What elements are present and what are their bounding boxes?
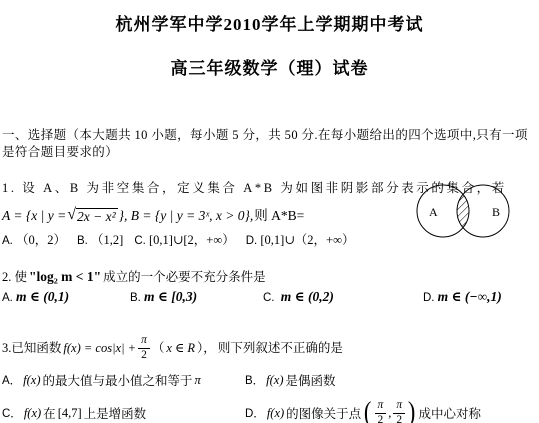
exam-title-line1: 杭州学军中学2010学年上学期期中考试 bbox=[2, 10, 537, 35]
q3-option-b-text: 是偶函数 bbox=[286, 371, 336, 389]
radical-sign: √ bbox=[67, 208, 76, 222]
q1-option-c-text: [0,1]∪[2，+∞） bbox=[149, 233, 235, 247]
q2-stem-pre: 2. 使 bbox=[2, 269, 27, 286]
q3-option-b-label: B． bbox=[245, 372, 264, 388]
q3-option-c-post: 上是增函数 bbox=[84, 404, 147, 422]
q2-option-c-math: m ∈ (0,2) bbox=[281, 289, 334, 304]
q3-domain-close: ）， bbox=[197, 340, 216, 357]
q1-formula-mid: }, B = {y | y = 3ˣ, x > 0}, bbox=[119, 208, 254, 224]
q1-formula-tail: 则 A*B= bbox=[254, 204, 304, 224]
q3-option-c: C． f(x) 在 [4,7] 上是增函数 bbox=[2, 404, 245, 422]
venn-label-b: B bbox=[492, 205, 500, 219]
question-2: 2. 使 "log₂ m < 1" 成立的一个必要不充分条件是 A. m ∈ (… bbox=[2, 269, 537, 306]
q1-option-a-label: A. bbox=[2, 235, 13, 247]
q1-formula-pre: A = {x | y = bbox=[2, 208, 66, 224]
q1-option-a-text: （0，2） bbox=[16, 233, 66, 247]
right-paren: ) bbox=[408, 399, 415, 423]
question-3: 3.已知函数 f(x) = cos|x| + π2 （ x ∈ R ）， 则下列… bbox=[2, 329, 537, 423]
q3-option-d: D． f(x) 的图像关于点 ( π2 , π2 ) 成中心对称 bbox=[245, 399, 481, 423]
q3-stem-pre: 3.已知函数 bbox=[2, 340, 61, 357]
q2-option-d: D. m ∈ (−∞,1) bbox=[423, 289, 502, 305]
exam-title-line2: 高三年级数学（理）试卷 bbox=[2, 54, 537, 79]
venn-label-a: A bbox=[429, 205, 438, 219]
question-1: 1. 设 A、B 为非空集合，定义集合 A*B 为如图非阴影部分表示的集合，若 … bbox=[2, 180, 537, 248]
q3-option-d-pre: 的图像关于点 bbox=[286, 404, 361, 422]
venn-diagram: A B bbox=[407, 182, 519, 242]
fraction-denominator: 2 bbox=[394, 414, 404, 423]
q3-options-row-ab: A． f(x) 的最大值与最小值之和等于 π B． f(x) 是偶函数 bbox=[2, 371, 537, 389]
q2-option-b: B. m ∈ [0,3) bbox=[130, 289, 263, 305]
q2-stem: 2. 使 "log₂ m < 1" 成立的一个必要不充分条件是 bbox=[2, 269, 537, 286]
fraction-numerator: π bbox=[138, 334, 150, 349]
q2-option-c-label: C. bbox=[263, 292, 275, 304]
q1-option-b-label: B. bbox=[77, 235, 88, 247]
q3-stem-fraction: π2 bbox=[138, 334, 150, 363]
q2-option-a-label: A. bbox=[2, 292, 13, 304]
q2-option-c: C. m ∈ (0,2) bbox=[263, 289, 423, 305]
sqrt-expression: √2x − x² bbox=[67, 208, 117, 224]
q3-option-d-fraction-2: π2 bbox=[393, 399, 405, 423]
q3-stem-math: f(x) = cos|x| + bbox=[63, 340, 136, 357]
q2-option-d-label: D. bbox=[423, 292, 435, 304]
q1-option-c: C. [0,1]∪[2，+∞） bbox=[134, 230, 234, 248]
q2-option-b-math: m ∈ [0,3) bbox=[144, 289, 197, 304]
q3-option-b: B． f(x) 是偶函数 bbox=[245, 371, 336, 389]
q1-option-d-text: [0,1]∪（2，+∞） bbox=[260, 233, 354, 247]
radicand: 2x − x² bbox=[76, 208, 118, 224]
q3-stem: 3.已知函数 f(x) = cos|x| + π2 （ x ∈ R ）， 则下列… bbox=[2, 329, 537, 367]
q2-stem-post: 成立的一个必要不充分条件是 bbox=[103, 269, 266, 286]
fraction-numerator: π bbox=[393, 399, 405, 414]
left-paren: ( bbox=[364, 399, 371, 423]
q2-option-b-label: B. bbox=[130, 292, 141, 304]
q3-option-c-fx: f(x) bbox=[24, 406, 41, 421]
q3-option-a-fx: f(x) bbox=[23, 373, 40, 388]
q1-option-b-text: （1,2] bbox=[91, 233, 123, 247]
q3-stem-post: 则下列叙述不正确的是 bbox=[218, 340, 343, 357]
q3-option-d-label: D． bbox=[245, 405, 265, 421]
section-one-heading: 一、选择题（本大题共 10 小题，每小题 5 分，共 50 分.在每小题给出的四… bbox=[2, 127, 537, 160]
q3-domain-open: （ bbox=[152, 340, 165, 357]
q3-option-a-text: 的最大值与最小值之和等于 bbox=[43, 371, 193, 389]
q2-stem-math: "log₂ m < 1" bbox=[29, 269, 101, 286]
q2-option-a: A. m ∈ (0,1) bbox=[2, 289, 130, 305]
q1-option-c-label: C. bbox=[134, 235, 146, 247]
q1-option-d: D. [0,1]∪（2，+∞） bbox=[246, 230, 355, 248]
q3-option-d-post: 成中心对称 bbox=[419, 404, 482, 422]
q3-option-a-pi: π bbox=[195, 373, 201, 388]
q2-option-d-math: m ∈ (−∞,1) bbox=[438, 289, 502, 304]
q1-option-b: B. （1,2] bbox=[77, 230, 123, 248]
q2-option-a-math: m ∈ (0,1) bbox=[16, 289, 69, 304]
fraction-denominator: 2 bbox=[139, 349, 149, 363]
q2-options-row: A. m ∈ (0,1) B. m ∈ [0,3) C. m ∈ (0,2) D… bbox=[2, 289, 537, 305]
q3-option-c-pre: 在 bbox=[43, 404, 56, 422]
q3-option-c-interval: [4,7] bbox=[58, 406, 82, 421]
q3-option-a-label: A． bbox=[2, 372, 21, 388]
q1-option-a: A. （0，2） bbox=[2, 230, 66, 248]
fraction-denominator: 2 bbox=[376, 414, 386, 423]
q3-option-d-fx: f(x) bbox=[267, 406, 284, 421]
q3-option-d-comma: , bbox=[388, 406, 391, 421]
q1-option-d-label: D. bbox=[246, 235, 258, 247]
q3-option-a: A． f(x) 的最大值与最小值之和等于 π bbox=[2, 371, 245, 389]
q3-option-b-fx: f(x) bbox=[266, 373, 283, 388]
q3-option-c-label: C． bbox=[2, 405, 22, 421]
q3-option-d-fraction-1: π2 bbox=[375, 399, 387, 423]
fraction-numerator: π bbox=[375, 399, 387, 414]
exam-paper: 杭州学军中学2010学年上学期期中考试 高三年级数学（理）试卷 一、选择题（本大… bbox=[0, 0, 539, 423]
q3-domain-math: x ∈ R bbox=[166, 340, 195, 357]
q3-options-row-cd: C． f(x) 在 [4,7] 上是增函数 D． f(x) 的图像关于点 ( π… bbox=[2, 396, 537, 423]
